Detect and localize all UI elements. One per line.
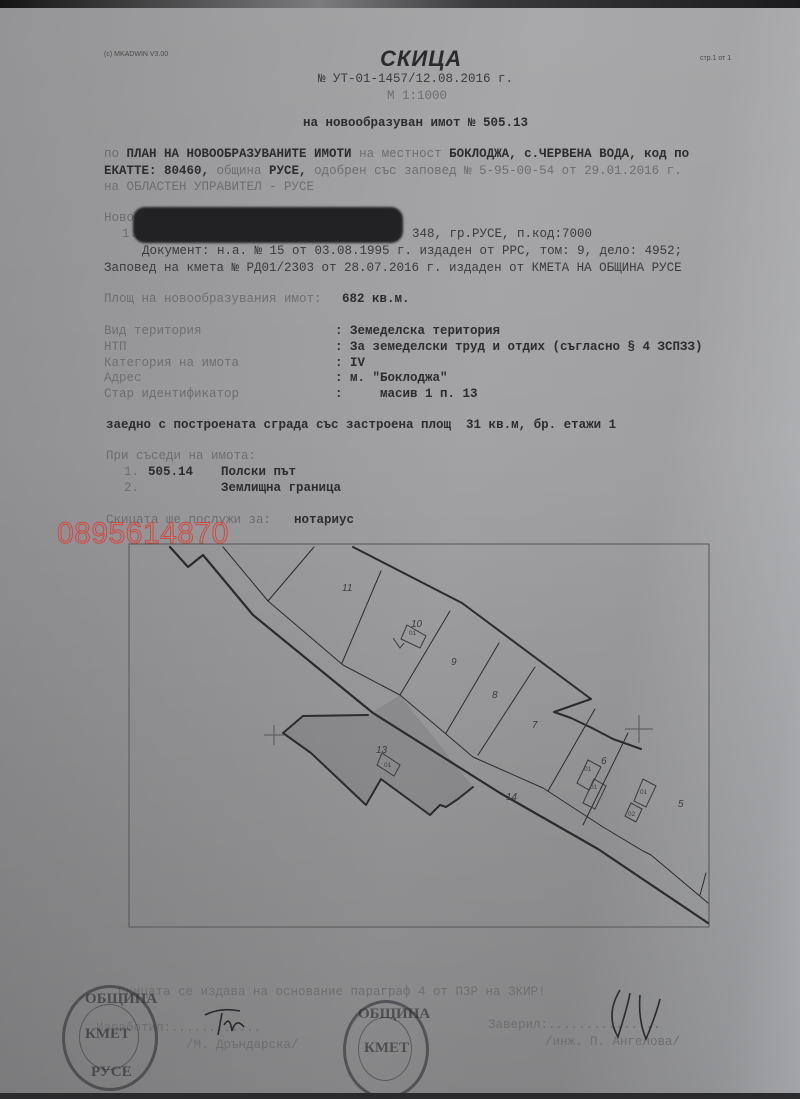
neighbor-number: 1. bbox=[124, 465, 139, 479]
parcel-label: 10 bbox=[411, 619, 423, 630]
redaction-mark bbox=[133, 207, 403, 243]
prepared-by-name: /М. Дръндарска/ bbox=[186, 1038, 299, 1052]
municipal-stamp-left: ОБЩИНА КМЕТ РУСЕ bbox=[62, 985, 158, 1091]
owner-address: 348, гр.РУСЕ, п.код:7000 bbox=[412, 227, 592, 241]
plan-line-2: ЕКАТТЕ: 80460, община РУСЕ, одобрен със … bbox=[104, 164, 682, 178]
attr-label: Стар идентификатор bbox=[104, 387, 239, 401]
plan-line-3: на ОБЛАСТЕН УПРАВИТЕЛ - РУСЕ bbox=[104, 180, 314, 194]
phone-watermark: 0895614870 bbox=[57, 517, 229, 551]
attr-label: Вид територия bbox=[104, 324, 202, 338]
attr-label: Адрес bbox=[104, 371, 142, 385]
parcel-label: 13 bbox=[376, 745, 388, 756]
mayor-order: Заповед на кмета № РД01/2303 от 28.07.20… bbox=[104, 261, 682, 275]
cadastral-map: 11 10 9 8 7 6 5 13 14 01 01 01 01 01 02 bbox=[128, 543, 710, 928]
parcel-label: 6 bbox=[601, 756, 607, 767]
attr-value: : масив 1 п. 13 bbox=[335, 387, 478, 401]
attr-label: НТП bbox=[104, 340, 127, 354]
parcel-label: 9 bbox=[451, 657, 457, 668]
issuance-basis: Скицата се издава на основание параграф … bbox=[118, 985, 546, 999]
building-note: заедно с построената сграда със застроен… bbox=[106, 418, 616, 432]
property-subject: на новообразуван имот № 505.13 bbox=[303, 116, 528, 130]
municipal-stamp-center: ОБЩИНА КМЕТ bbox=[343, 1000, 429, 1093]
parcel-label: 5 bbox=[678, 799, 684, 810]
neighbor-id: 505.14 bbox=[148, 465, 193, 479]
attr-value: : м. "Боклоджа" bbox=[335, 371, 448, 385]
building-label: 01 bbox=[409, 630, 417, 637]
neighbors-label: При съседи на имота: bbox=[106, 449, 256, 463]
parcel-label: 11 bbox=[342, 583, 352, 594]
attr-value: : Земеделска територия bbox=[335, 324, 500, 338]
document-title: СКИЦА bbox=[380, 46, 462, 72]
owner-document: Документ: н.а. № 15 от 03.08.1995 г. изд… bbox=[142, 244, 682, 258]
plan-line-1: по ПЛАН НА НОВООБРАЗУВАНИТЕ ИМОТИ на мес… bbox=[104, 147, 689, 161]
parcel-label: 8 bbox=[492, 690, 498, 701]
map-scale: М 1:1000 bbox=[387, 89, 447, 103]
purpose-value: нотариус bbox=[294, 513, 354, 527]
software-credit: (c) MKADWIN V3.00 bbox=[104, 51, 168, 58]
parcel-label: 7 bbox=[532, 720, 538, 731]
building-label: 01 bbox=[584, 766, 592, 773]
document-page: (c) MKADWIN V3.00 стр.1 от 1 СКИЦА № УТ-… bbox=[0, 0, 800, 1093]
attr-label: Категория на имота bbox=[104, 356, 239, 370]
area-label: Площ на новообразувания имот: bbox=[104, 292, 322, 306]
building-label: 01 bbox=[640, 789, 648, 796]
attr-value: : IV bbox=[335, 356, 365, 370]
attr-value: : За земеделски труд и отдих (съгласно §… bbox=[335, 340, 703, 354]
neighbor-desc: Полски път bbox=[221, 465, 296, 479]
building-label: 01 bbox=[384, 762, 392, 769]
photo-background-edge bbox=[0, 0, 800, 8]
building-label: 02 bbox=[628, 811, 636, 818]
signature-prepared bbox=[200, 1005, 260, 1040]
neighbor-desc: Землищна граница bbox=[221, 481, 341, 495]
building-label: 01 bbox=[590, 784, 598, 791]
parcel-label: 14 bbox=[506, 792, 518, 803]
document-number: № УТ-01-1457/12.08.2016 г. bbox=[318, 72, 513, 86]
page-indicator: стр.1 от 1 bbox=[700, 55, 731, 62]
neighbor-number: 2. bbox=[124, 481, 139, 495]
area-value: 682 кв.м. bbox=[342, 292, 410, 306]
signature-verified bbox=[600, 985, 670, 1045]
